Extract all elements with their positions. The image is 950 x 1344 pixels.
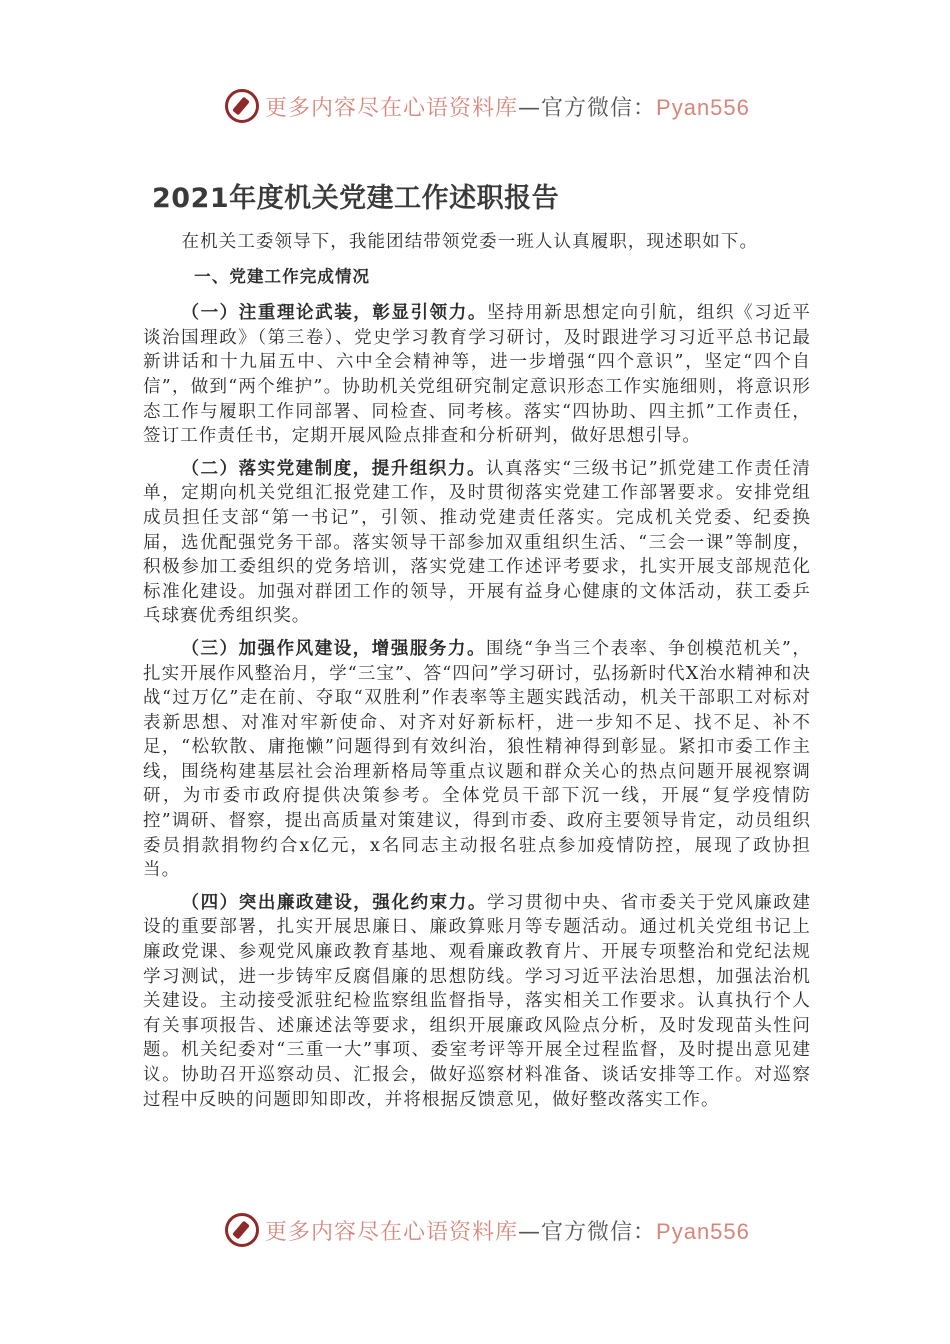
watermark-main-text: 更多内容尽在心语资料库: [265, 1220, 518, 1245]
paragraph-body: 坚持用新思想定向引航，组织《习近平谈治国理政》（第三卷）、党史学习教育学习研讨，…: [143, 303, 811, 446]
paragraph-body: 学习贯彻中央、省市委关于党风廉政建设的重要部署，扎实开展思廉日、廉政算账月等专题…: [143, 893, 811, 1110]
paragraph-1: （一）注重理论武装，彰显引领力。坚持用新思想定向引航，组织《习近平谈治国理政》（…: [143, 301, 811, 449]
paragraph-heading: （三）加强作风建设，增强服务力。: [182, 639, 486, 659]
paragraph-heading: （二）落实党建制度，提升组织力。: [182, 459, 486, 479]
watermark-id-text: Pyan556: [656, 1219, 750, 1244]
pen-nib-logo-icon: [225, 1213, 259, 1247]
document-body: 在机关工委领导下，我能团结带领党委一班人认真履职，现述职如下。 一、党建工作完成…: [143, 230, 811, 1120]
header-watermark: 更多内容尽在心语资料库—官方微信：Pyan556: [225, 86, 725, 126]
paragraph-4: （四）突出廉政建设，强化约束力。学习贯彻中央、省市委关于党风廉政建设的重要部署，…: [143, 891, 811, 1112]
paragraph-body: 围绕“争当三个表率、争创模范机关”，扎实开展作风整治月，学“三宝”、答“四问”学…: [143, 639, 811, 880]
watermark-main-text: 更多内容尽在心语资料库: [265, 96, 518, 121]
paragraph-heading: （一）注重理论武装，彰显引领力。: [182, 303, 487, 323]
watermark-text: 更多内容尽在心语资料库—官方微信：Pyan556: [265, 91, 750, 122]
footer-watermark: 更多内容尽在心语资料库—官方微信：Pyan556: [225, 1210, 725, 1250]
watermark-text: 更多内容尽在心语资料库—官方微信：Pyan556: [265, 1215, 750, 1246]
paragraph-body: 认真落实“三级书记”抓党建工作责任清单，定期向机关党组汇报党建工作，及时贯彻落实…: [143, 459, 811, 627]
intro-paragraph: 在机关工委领导下，我能团结带领党委一班人认真履职，现述职如下。: [143, 230, 811, 255]
watermark-id-text: Pyan556: [656, 95, 750, 120]
watermark-sub-text: —官方微信：: [518, 1220, 656, 1245]
pen-nib-logo-icon: [225, 89, 259, 123]
paragraph-2: （二）落实党建制度，提升组织力。认真落实“三级书记”抓党建工作责任清单，定期向机…: [143, 457, 811, 629]
paragraph-3: （三）加强作风建设，增强服务力。围绕“争当三个表率、争创模范机关”，扎实开展作风…: [143, 637, 811, 883]
paragraph-heading: （四）突出廉政建设，强化约束力。: [182, 893, 487, 913]
watermark-sub-text: —官方微信：: [518, 96, 656, 121]
document-title: 2021年度机关党建工作述职报告: [152, 176, 559, 215]
section-heading: 一、党建工作完成情况: [143, 265, 811, 290]
